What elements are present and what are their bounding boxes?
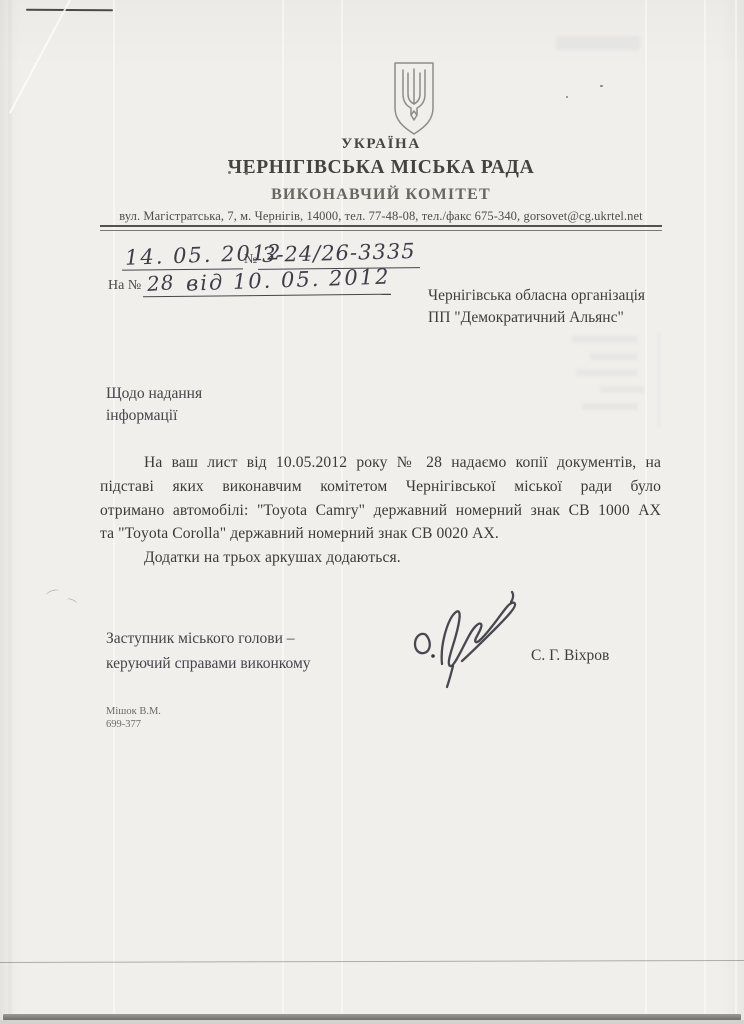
bleed-through-smudge: [658, 332, 660, 428]
scan-bottom-strip: [0, 1020, 744, 1024]
incoming-ref-label: На №: [108, 278, 141, 294]
bleed-through-smudge: [590, 353, 638, 360]
scan-speck: [566, 96, 568, 98]
bleed-through-smudge: [582, 403, 638, 410]
letterhead-organization: ЧЕРНІГІВСЬКА МІСЬКА РАДА: [100, 157, 662, 179]
bleed-through-smudge: [576, 369, 638, 376]
letterhead-divider: [100, 225, 662, 231]
letter-body: На ваш лист від 10.05.2012 року № 28 над…: [100, 451, 661, 570]
subject-line-1: Щодо надання: [106, 383, 202, 405]
body-line: підставі яких виконавчим комітетом Черні…: [100, 475, 661, 499]
paper-crease: [9, 0, 81, 114]
signer-position-line-2: керуючий справами виконкому: [106, 652, 311, 677]
signer-position-line-1: Заступник міського голови –: [106, 627, 311, 652]
handwritten-signature: [396, 578, 534, 698]
letterhead-department: ВИКОНАВЧИЙ КОМІТЕТ: [100, 186, 662, 204]
paper-edge-line: [0, 960, 744, 963]
scan-streak: [735, 0, 737, 1024]
body-line: На ваш лист від 10.05.2012 року № 28 над…: [100, 451, 661, 475]
body-line: Додатки на трьох аркушах додаються.: [100, 546, 661, 570]
signer-name: С. Г. Віхров: [531, 647, 609, 665]
number-sign-label: №: [244, 252, 257, 268]
bleed-through-smudge: [572, 336, 638, 343]
recipient-block: Чернігівська обласна організація ПП "Дем…: [428, 285, 645, 329]
scanned-letter-page: УКРАЇНА ЧЕРНІГІВСЬКА МІСЬКА РАДА ВИКОНАВ…: [0, 0, 744, 1024]
outgoing-number-handwritten: 3-24/26-3335: [262, 239, 416, 267]
subject-block: Щодо надання інформації: [106, 383, 202, 427]
outgoing-date-handwritten: 14. 05. 2012: [125, 240, 283, 269]
subject-line-2: інформації: [106, 405, 202, 427]
bleed-through-smudge: [600, 386, 644, 393]
incoming-number-handwritten: 28: [146, 270, 175, 296]
ukraine-trident-emblem: [388, 60, 440, 143]
bleed-through-smudge: [556, 36, 640, 50]
letterhead-address: вул. Магістратська, 7, м. Чернігів, 1400…: [100, 209, 662, 224]
executor-block: Мішок В.М. 699-377: [106, 705, 161, 731]
pencil-mark: [65, 597, 77, 607]
recipient-line-1: Чернігівська обласна організація: [428, 285, 645, 307]
pencil-mark: [45, 588, 60, 599]
scan-edge-mark: [26, 9, 113, 12]
scan-speck: [600, 85, 603, 87]
body-line: отримано автомобілі: "Toyota Camry" держ…: [100, 499, 661, 523]
executor-phone: 699-377: [106, 718, 161, 731]
scan-streak: [704, 0, 706, 1024]
scan-dots: [228, 171, 250, 175]
signer-position: Заступник міського голови – керуючий спр…: [106, 627, 311, 676]
scan-streak: [8, 0, 12, 1024]
recipient-line-2: ПП "Демократичний Альянс": [428, 307, 645, 329]
body-line: та "Toyota Corolla" державний номерний з…: [100, 522, 661, 546]
incoming-underline: [143, 294, 391, 298]
letterhead-country: УКРАЇНА: [100, 136, 662, 153]
executor-name: Мішок В.М.: [106, 705, 161, 718]
